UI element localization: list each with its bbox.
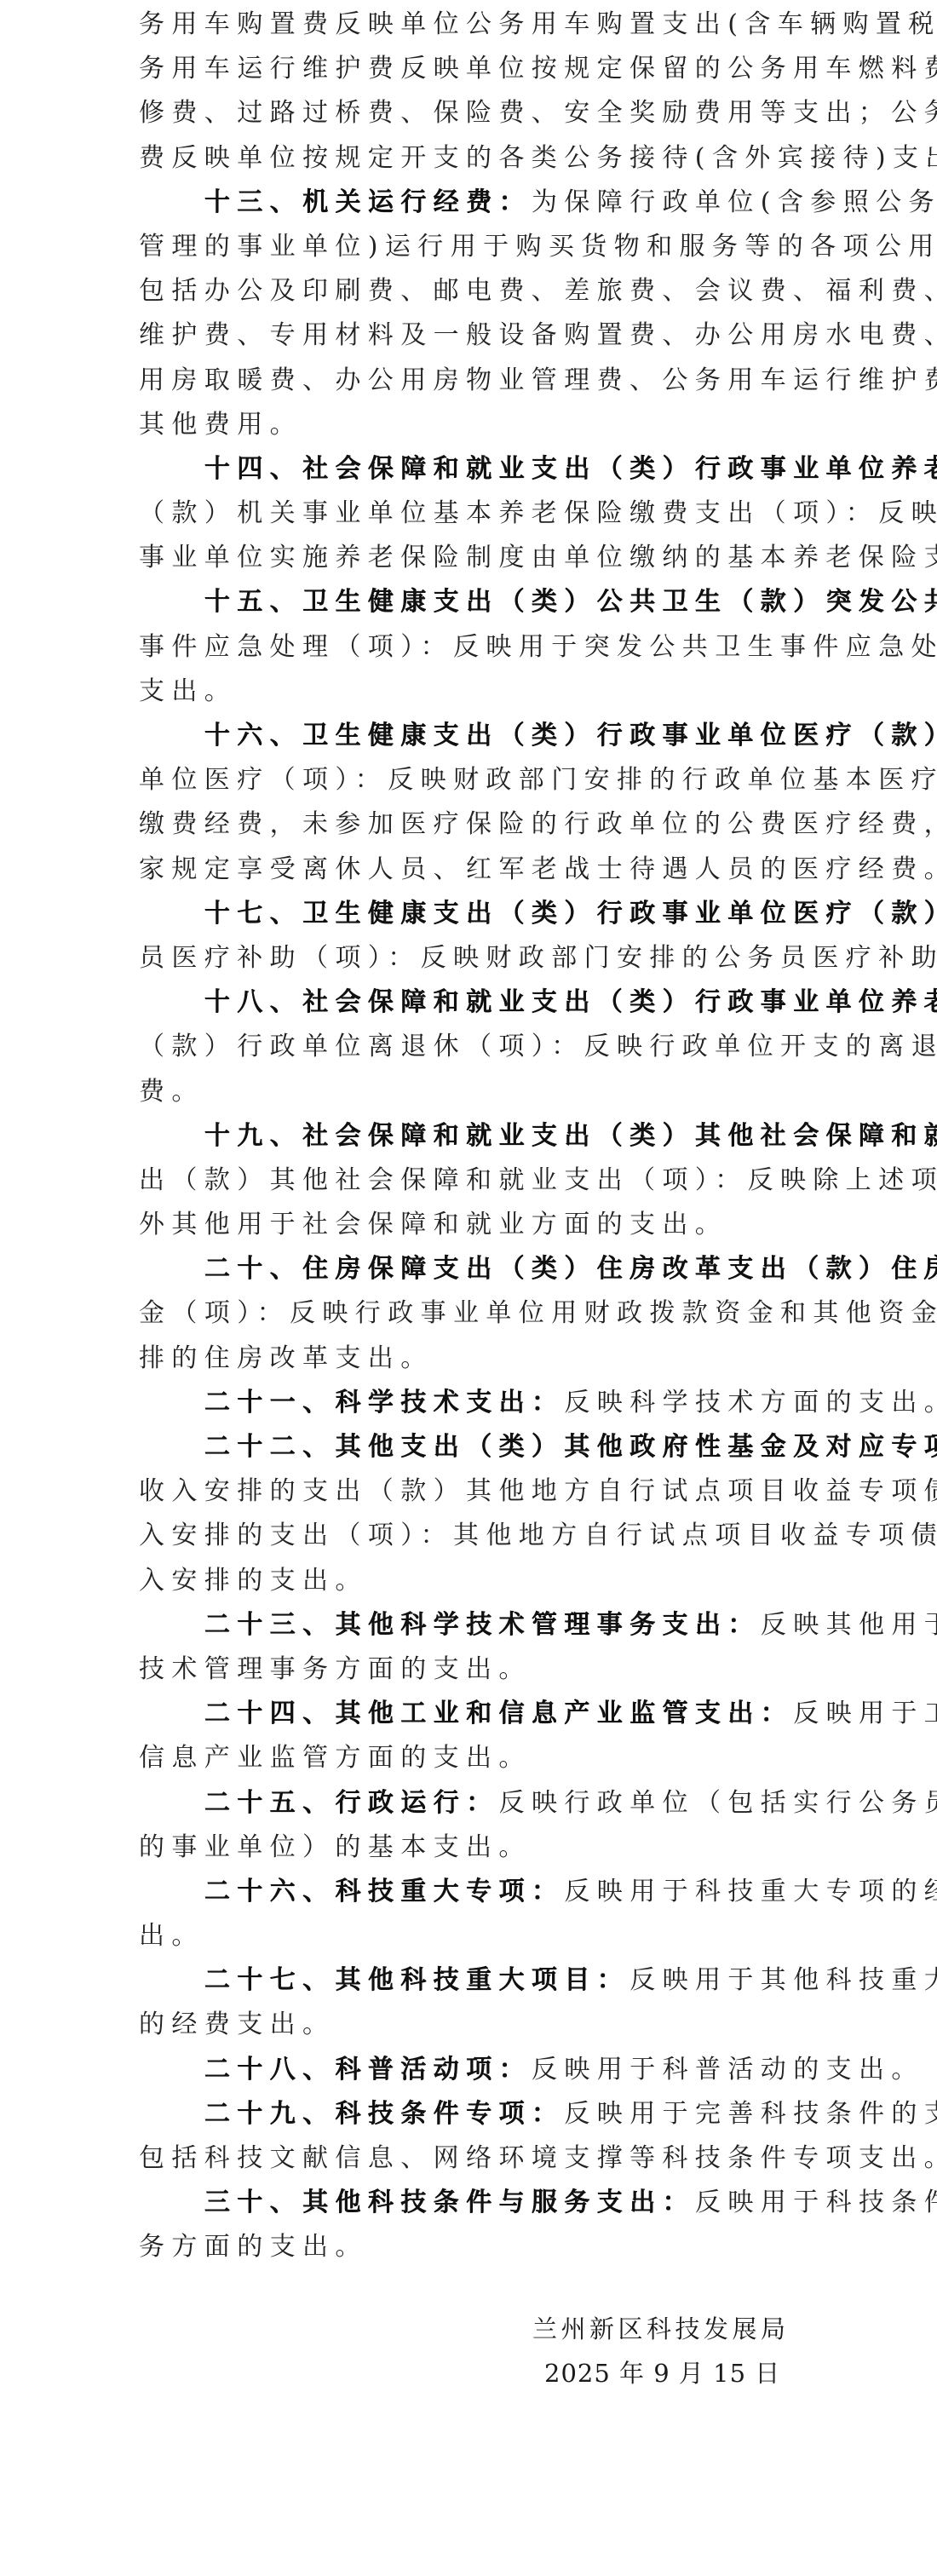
text-line: 信息产业监管方面的支出。 [139,1736,799,1780]
paragraph-item-25: 二十五、行政运行：反映行政单位（包括实行公务员管理的事业单位）的基本支出。 [139,1781,799,1870]
item-heading: 二十、住房保障支出（类）住房改革支出（款）住房公积 [204,1254,937,1284]
issue-date: 2025 年 9 月 15 日 [532,2351,805,2395]
text-line: 入安排的支出（项）：其他地方自行试点项目收益专项债券收 [139,1514,799,1558]
text-line: 员医疗补助（项）：反映财政部门安排的公务员医疗补助经费。 [139,936,799,980]
text-line: 出（款）其他社会保障和就业支出（项）：反映除上述项目以 [139,1159,799,1203]
paragraph-item-24: 二十四、其他工业和信息产业监管支出：反映用于工业和信息产业监管方面的支出。 [139,1692,799,1780]
item-heading: 二十三、其他科学技术管理事务支出： [204,1610,761,1640]
text-line: 二十九、科技条件专项：反映用于完善科技条件的支出， [139,2092,799,2136]
text-line: 事业单位实施养老保险制度由单位缴纳的基本养老保险支出。 [139,536,799,580]
item-heading: 十六、卫生健康支出（类）行政事业单位医疗（款）行政 [204,721,937,750]
text-line: 收入安排的支出（款）其他地方自行试点项目收益专项债券收 [139,1469,799,1514]
item-heading: 三十、其他科技条件与服务支出： [204,2188,695,2217]
text-line: 二十、住房保障支出（类）住房改革支出（款）住房公积 [139,1247,799,1291]
item-heading: 二十二、其他支出（类）其他政府性基金及对应专项债务 [204,1432,937,1462]
text-line: 二十八、科普活动项：反映用于科普活动的支出。 [139,2048,799,2092]
paragraph-item-21: 二十一、科学技术支出：反映科学技术方面的支出。 [139,1381,799,1425]
paragraph-item-23: 二十三、其他科学技术管理事务支出：反映其他用于科学技术管理事务方面的支出。 [139,1603,799,1692]
document-page: 务用车购置费反映单位公务用车购置支出(含车辆购置税)；公务用车运行维护费反映单位… [0,0,937,2576]
item-description: 反映科学技术方面的支出。 [564,1388,937,1417]
item-heading: 二十九、科技条件专项： [204,2099,564,2129]
item-description: 反映用于科技重大专项的经费支 [564,1877,937,1906]
text-line: 二十一、科学技术支出：反映科学技术方面的支出。 [139,1381,799,1425]
paragraph-item-13: 十三、机关运行经费：为保障行政单位(含参照公务员法管理的事业单位)运行用于购买货… [139,181,799,447]
text-line: 十九、社会保障和就业支出（类）其他社会保障和就业支 [139,1114,799,1159]
text-line: 修费、过路过桥费、保险费、安全奖励费用等支出；公务接待 [139,91,799,135]
text-line: 支出。 [139,670,799,714]
item-description: 反映用于科技条件与服 [695,2188,937,2217]
text-line: 技术管理事务方面的支出。 [139,1647,799,1692]
text-line: （款）行政单位离退休（项）：反映行政单位开支的离退休经 [139,1025,799,1069]
paragraph-item-20: 二十、住房保障支出（类）住房改革支出（款）住房公积金（项）：反映行政事业单位用财… [139,1247,799,1381]
text-line: 排的住房改革支出。 [139,1337,799,1381]
text-line: 入安排的支出。 [139,1559,799,1603]
paragraph-item-26: 二十六、科技重大专项：反映用于科技重大专项的经费支出。 [139,1870,799,1958]
text-line: 十三、机关运行经费：为保障行政单位(含参照公务员法 [139,181,799,225]
text-line: 其他费用。 [139,403,799,447]
item-description: 反映用于完善科技条件的支出， [564,2099,937,2129]
text-line: 三十、其他科技条件与服务支出：反映用于科技条件与服 [139,2181,799,2225]
text-line: 缴费经费，未参加医疗保险的行政单位的公费医疗经费，按国 [139,802,799,847]
text-line: 二十三、其他科学技术管理事务支出：反映其他用于科学 [139,1603,799,1647]
text-line: 单位医疗（项）：反映财政部门安排的行政单位基本医疗保险 [139,758,799,802]
issuing-organization: 兰州新区科技发展局 [532,2307,805,2351]
text-line: 金（项）：反映行政事业单位用财政拨款资金和其他资金等安 [139,1291,799,1336]
text-line: 二十六、科技重大专项：反映用于科技重大专项的经费支 [139,1870,799,1914]
text-line: 外其他用于社会保障和就业方面的支出。 [139,1203,799,1247]
text-line: 事件应急处理（项）：反映用于突发公共卫生事件应急处理的 [139,625,799,670]
text-line: 十八、社会保障和就业支出（类）行政事业单位养老支出 [139,980,799,1025]
item-heading: 二十四、其他工业和信息产业监管支出： [204,1699,793,1728]
item-heading: 十八、社会保障和就业支出（类）行政事业单位养老支出 [204,987,937,1017]
text-line: 用房取暖费、办公用房物业管理费、公务用车运行维护费以及 [139,359,799,403]
text-line: 管理的事业单位)运行用于购买货物和服务等的各项公用经费， [139,225,799,269]
item-description: 为保障行政单位(含参照公务员法 [532,187,937,217]
paragraph-item-22: 二十二、其他支出（类）其他政府性基金及对应专项债务收入安排的支出（款）其他地方自… [139,1425,799,1603]
item-description: 反映行政单位（包括实行公务员管理 [499,1788,937,1818]
text-line: 二十五、行政运行：反映行政单位（包括实行公务员管理 [139,1781,799,1826]
text-line: （款）机关事业单位基本养老保险缴费支出（项）：反映机关 [139,492,799,536]
paragraph-item-18: 十八、社会保障和就业支出（类）行政事业单位养老支出（款）行政单位离退休（项）：反… [139,980,799,1114]
item-heading: 十三、机关运行经费： [204,187,532,217]
text-line: 务用车购置费反映单位公务用车购置支出(含车辆购置税)；公 [139,3,799,47]
paragraph-item-16: 十六、卫生健康支出（类）行政事业单位医疗（款）行政单位医疗（项）：反映财政部门安… [139,714,799,892]
paragraph-item-29: 二十九、科技条件专项：反映用于完善科技条件的支出，包括科技文献信息、网络环境支撑… [139,2092,799,2181]
item-description: 反映用于工业和 [793,1699,937,1728]
paragraph-item-17: 十七、卫生健康支出（类）行政事业单位医疗（款）公务员医疗补助（项）：反映财政部门… [139,892,799,980]
text-line: 维护费、专用材料及一般设备购置费、办公用房水电费、办公 [139,313,799,358]
item-heading: 十九、社会保障和就业支出（类）其他社会保障和就业支 [204,1121,937,1151]
paragraph-item-19: 十九、社会保障和就业支出（类）其他社会保障和就业支出（款）其他社会保障和就业支出… [139,1114,799,1248]
text-line: 包括办公及印刷费、邮电费、差旅费、会议费、福利费、日常 [139,269,799,313]
item-heading: 二十六、科技重大专项： [204,1877,564,1906]
paragraph-item-27: 二十七、其他科技重大项目：反映用于其他科技重大项目的经费支出。 [139,1958,799,2047]
text-line: 务方面的支出。 [139,2225,799,2269]
text-line: 十六、卫生健康支出（类）行政事业单位医疗（款）行政 [139,714,799,758]
text-line: 家规定享受离休人员、红军老战士待遇人员的医疗经费。 [139,848,799,892]
text-line: 的事业单位）的基本支出。 [139,1826,799,1870]
text-line: 二十四、其他工业和信息产业监管支出：反映用于工业和 [139,1692,799,1736]
paragraph-item-30: 三十、其他科技条件与服务支出：反映用于科技条件与服务方面的支出。 [139,2181,799,2269]
paragraph-continued-12: 务用车购置费反映单位公务用车购置支出(含车辆购置税)；公务用车运行维护费反映单位… [139,3,799,181]
item-heading: 二十七、其他科技重大项目： [204,1965,629,1995]
item-heading: 二十八、科普活动项： [204,2055,532,2084]
item-heading: 十七、卫生健康支出（类）行政事业单位医疗（款）公务 [204,899,937,929]
text-line: 费。 [139,1070,799,1114]
item-description: 反映用于科普活动的支出。 [532,2055,924,2084]
text-line: 的经费支出。 [139,2003,799,2047]
paragraph-item-28: 二十八、科普活动项：反映用于科普活动的支出。 [139,2048,799,2092]
item-heading: 十四、社会保障和就业支出（类）行政事业单位养老支出 [204,454,937,484]
text-line: 二十七、其他科技重大项目：反映用于其他科技重大项目 [139,1958,799,2003]
paragraph-item-14: 十四、社会保障和就业支出（类）行政事业单位养老支出（款）机关事业单位基本养老保险… [139,447,799,581]
paragraph-item-15: 十五、卫生健康支出（类）公共卫生（款）突发公共卫生事件应急处理（项）：反映用于突… [139,580,799,714]
item-description: 反映用于其他科技重大项目 [629,1965,937,1995]
signature-block: 兰州新区科技发展局 2025 年 9 月 15 日 [532,2307,805,2395]
item-heading: 二十五、行政运行： [204,1788,499,1818]
text-line: 十四、社会保障和就业支出（类）行政事业单位养老支出 [139,447,799,492]
text-line: 出。 [139,1914,799,1958]
text-line: 十五、卫生健康支出（类）公共卫生（款）突发公共卫生 [139,580,799,624]
item-heading: 十五、卫生健康支出（类）公共卫生（款）突发公共卫生 [204,587,937,617]
document-body: 务用车购置费反映单位公务用车购置支出(含车辆购置税)；公务用车运行维护费反映单位… [139,3,799,2270]
item-heading: 二十一、科学技术支出： [204,1388,564,1417]
text-line: 务用车运行维护费反映单位按规定保留的公务用车燃料费、维 [139,47,799,91]
text-line: 二十二、其他支出（类）其他政府性基金及对应专项债务 [139,1425,799,1469]
text-line: 包括科技文献信息、网络环境支撑等科技条件专项支出。 [139,2136,799,2181]
item-description: 反映其他用于科学 [761,1610,937,1640]
text-line: 十七、卫生健康支出（类）行政事业单位医疗（款）公务 [139,892,799,936]
text-line: 费反映单位按规定开支的各类公务接待(含外宾接待)支出。 [139,136,799,181]
